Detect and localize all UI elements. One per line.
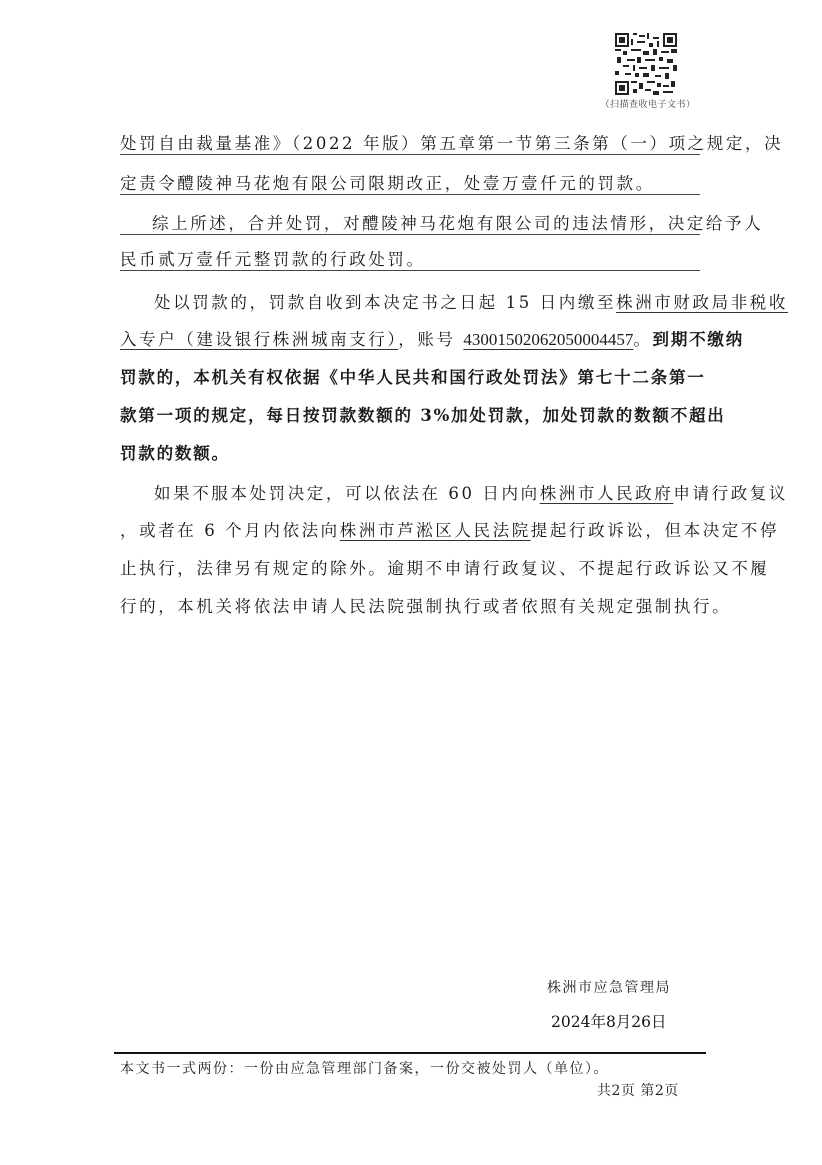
para1-line2: 定责令醴陵神马花炮有限公司限期改正，处壹万壹仟元的罚款。 (120, 174, 700, 195)
appeal-text: 如果不服本处罚决定，可以依法在 60 日内向 (154, 484, 540, 503)
litigation-text: ，或者在 6 个月内依法向 (120, 521, 340, 540)
punctuation: 。 (633, 330, 652, 349)
footer-divider (114, 1052, 706, 1054)
para1-line1: 处罚自由裁量基准》（2022 年版）第五章第一节第三条第（一）项之规定，决 (120, 134, 700, 155)
account-number: 43001502062050004457 (463, 330, 633, 349)
payee-account-name: 株洲市财政局非税收 (616, 293, 788, 312)
account-label: ，账号 (398, 330, 463, 349)
payee-bank: 入专户（建设银行株洲城南支行） (120, 330, 398, 349)
para3-line4: 款第一项的规定，每日按罚款数额的 3%加处罚款，加处罚款的数额不超出 (120, 406, 700, 426)
para4-line3: 止执行，法律另有规定的除外。逾期不申请行政复议、不提起行政诉讼又不履 (120, 559, 700, 579)
para3-line2: 入专户（建设银行株洲城南支行），账号 43001502062050004457。… (120, 330, 700, 350)
page-indicator: 共2页 第2页 (597, 1080, 679, 1100)
qr-code-icon (615, 33, 677, 95)
issue-date: 2024年8月26日 (551, 1010, 667, 1032)
para4-line2: ，或者在 6 个月内依法向株洲市芦淞区人民法院提起行政诉讼，但本决定不停 (120, 521, 700, 541)
issuing-authority: 株洲市应急管理局 (547, 977, 671, 997)
review-authority: 株洲市人民政府 (540, 484, 674, 503)
para3-line3: 罚款的，本机关有权依据《中华人民共和国行政处罚法》第七十二条第一 (120, 368, 700, 388)
para4-line1: 如果不服本处罚决定，可以依法在 60 日内向株洲市人民政府申请行政复议 (120, 484, 700, 504)
para4-line4: 行的，本机关将依法申请人民法院强制执行或者依照有关规定强制执行。 (120, 597, 700, 617)
para2-line1: 综上所述，合并处罚，对醴陵神马花炮有限公司的违法情形，决定给予人 (120, 214, 700, 235)
court-name: 株洲市芦淞区人民法院 (340, 521, 531, 540)
appeal-text-cont: 申请行政复议 (673, 484, 788, 503)
litigation-text-cont: 提起行政诉讼，但本决定不停 (531, 521, 779, 540)
late-penalty-notice: 到期不缴纳 (653, 330, 745, 349)
para3-line1: 处以罚款的，罚款自收到本决定书之日起 15 日内缴至株洲市财政局非税收 (120, 293, 700, 313)
para3-line5: 罚款的数额。 (120, 444, 700, 464)
footer-note: 本文书一式两份：一份由应急管理部门备案，一份交被处罚人（单位）。 (120, 1058, 609, 1078)
para2-line2: 民币贰万壹仟元整罚款的行政处罚。 (120, 250, 700, 271)
qr-caption: （扫描查收电子文书） (598, 97, 698, 110)
payment-instruction: 处以罚款的，罚款自收到本决定书之日起 15 日内缴至 (154, 293, 616, 312)
